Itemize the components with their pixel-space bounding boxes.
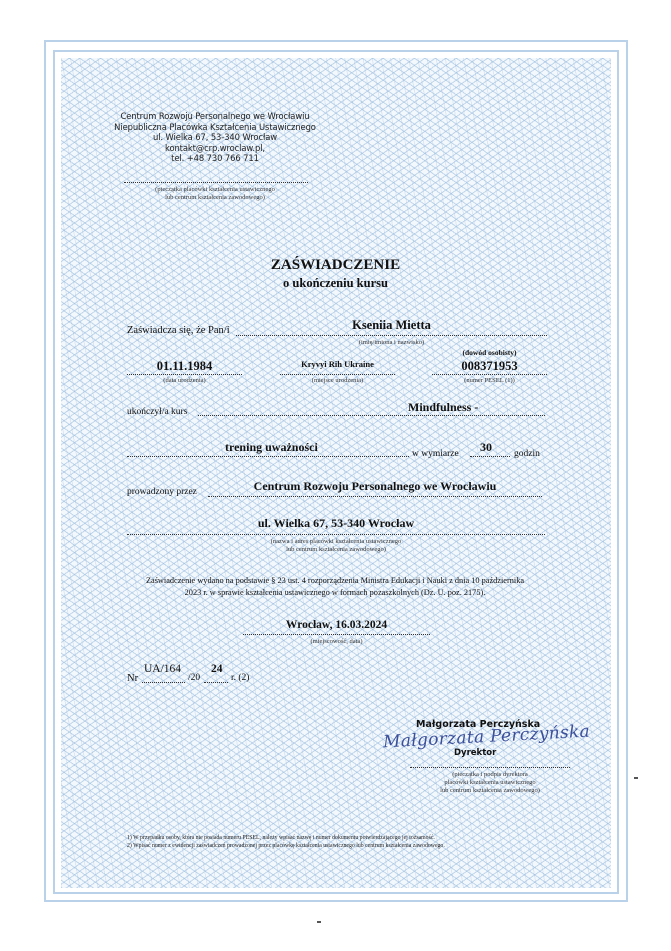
provider-address-line <box>127 534 545 535</box>
nr-label: Nr <box>127 673 138 684</box>
birth-date: 01.11.1984 <box>127 359 242 374</box>
year-prefix: /20 <box>188 673 200 683</box>
legal-basis: Zaświadczenie wydano na podstawie § 23 u… <box>100 575 570 599</box>
issue-place-date-line <box>243 634 430 635</box>
course-name-line-1: Mindfulness - <box>408 400 478 415</box>
institution-stamp: Centrum Rozwoju Personalnego we Wrocławi… <box>100 111 330 164</box>
director-caption-line-3: lub centrum kształcenia zawodowego) <box>410 787 570 795</box>
footnote-2: 2) Wpisać numer z ewidencji zaświadczeń … <box>127 843 445 851</box>
footnote-1: 1) W przypadku osoby, która nie posiada … <box>127 835 445 843</box>
director-caption-line-2: placówki kształcenia ustawicznego <box>410 779 570 787</box>
provider-caption-line-1: (nazwa i adres placówki kształcenia usta… <box>127 538 545 546</box>
year-suffix: r. (2) <box>231 673 249 683</box>
person-name: Kseniia Mietta <box>236 318 547 333</box>
director-role: Dyrektor <box>454 748 496 758</box>
director-caption-line-1: (pieczątka i podpis dyrektora <box>410 771 570 779</box>
issue-place-date-caption: (miejscowość, data) <box>243 638 430 646</box>
birth-place-caption: (miejsce urodzenia) <box>280 377 395 385</box>
course-line-1 <box>198 415 545 416</box>
director-caption: (pieczątka i podpis dyrektora placówki k… <box>410 771 570 795</box>
stamp-line-3: ul. Wielka 67, 53-340 Wrocław <box>100 132 330 143</box>
scan-mark <box>634 777 638 779</box>
birth-date-caption: (data urodzenia) <box>127 377 242 385</box>
hours-value: 30 <box>480 440 492 455</box>
hours-unit: godzin <box>514 449 540 459</box>
birth-date-line <box>127 374 242 375</box>
id-number-caption: (numer PESEL (1)) <box>432 377 547 385</box>
provider-name: Centrum Rozwoju Personalnego we Wrocławi… <box>208 479 542 494</box>
provider-caption-line-2: lub centrum kształcenia zawodowego) <box>127 546 545 554</box>
id-number-line <box>432 374 547 375</box>
scan-mark <box>317 921 321 923</box>
stamp-dotted-line <box>124 182 308 183</box>
nr-value: UA/164 <box>144 663 181 675</box>
hours-line <box>470 456 510 457</box>
stamp-line-5: tel. +48 730 766 711 <box>100 153 330 164</box>
id-number: 008371953 <box>432 359 547 374</box>
stamp-caption-line-2: lub centrum kształcenia zawodowego) <box>115 194 315 202</box>
provider-caption: (nazwa i adres placówki kształcenia usta… <box>127 538 545 554</box>
stamp-line-4: kontakt@crp.wroclaw.pl, <box>100 143 330 154</box>
course-label: ukończył/a kurs <box>127 407 187 417</box>
person-name-line <box>236 335 547 336</box>
birth-place: Kryvyi Rih Ukraine <box>280 359 395 369</box>
document-subtitle: o ukończeniu kursu <box>0 276 671 291</box>
year-line <box>204 682 228 683</box>
stamp-caption-line-1: (pieczątka placówki kształcenia ustawicz… <box>115 186 315 194</box>
hours-label: w wymiarze <box>412 449 459 459</box>
footnotes: 1) W przypadku osoby, która nie posiada … <box>127 835 445 850</box>
person-name-caption: (imię/imiona i nazwisko) <box>236 339 547 347</box>
issue-place-date: Wrocław, 16.03.2024 <box>243 619 430 631</box>
id-note: (dowód osobisty) <box>432 348 547 357</box>
year-value: 24 <box>211 663 223 675</box>
legal-basis-line-1: Zaświadczenie wydano na podstawie § 23 u… <box>100 575 570 587</box>
provider-line <box>208 496 542 497</box>
stamp-line-2: Niepubliczna Placówka Kształcenia Ustawi… <box>100 122 330 133</box>
document-title: ZAŚWIADCZENIE <box>0 257 671 274</box>
stamp-caption: (pieczątka placówki kształcenia ustawicz… <box>115 186 315 202</box>
birth-place-line <box>280 374 395 375</box>
nr-line <box>142 682 185 683</box>
course-line-2 <box>127 456 409 457</box>
provider-label: prowadzony przez <box>127 487 197 497</box>
legal-basis-line-2: 2023 r. w sprawie kształcenia ustawiczne… <box>100 587 570 599</box>
director-signature-line <box>410 767 570 768</box>
stamp-line-1: Centrum Rozwoju Personalnego we Wrocławi… <box>100 111 330 122</box>
course-name-line-2: trening uważności <box>225 440 318 455</box>
person-label: Zaświadcza się, że Pan/i <box>127 325 230 336</box>
provider-address: ul. Wielka 67, 53-340 Wrocław <box>127 516 545 531</box>
